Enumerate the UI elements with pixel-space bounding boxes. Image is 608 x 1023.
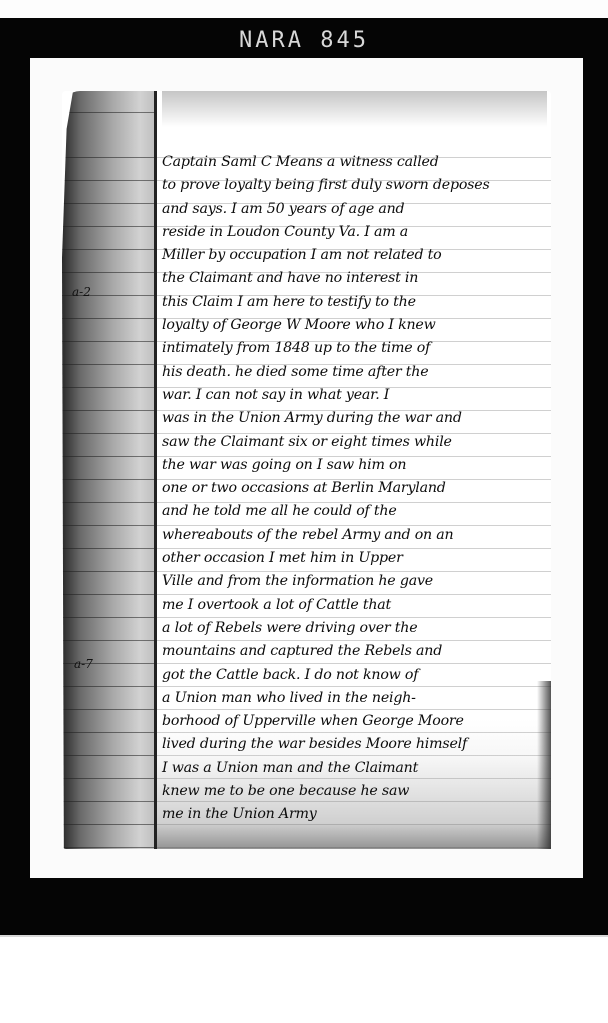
testimony-line: his death. he died some time after the: [162, 361, 548, 384]
testimony-line: I was a Union man and the Claimant: [162, 757, 548, 780]
scan-paper: a-2 a-7 Captain Saml C Means a witness c…: [30, 58, 583, 878]
testimony-line: this Claim I am here to testify to the: [162, 291, 548, 314]
ledger-margin-lines: [62, 91, 154, 849]
testimony-line: mountains and captured the Rebels and: [162, 640, 548, 663]
testimony-line: lived during the war besides Moore himse…: [162, 733, 548, 756]
testimony-line: knew me to be one because he saw: [162, 780, 548, 803]
testimony-line: was in the Union Army during the war and: [162, 407, 548, 430]
testimony-line: a Union man who lived in the neigh-: [162, 687, 548, 710]
viewer-bottom-area: [0, 935, 608, 1023]
testimony-line: loyalty of George W Moore who I knew: [162, 314, 548, 337]
microfilm-frame: NARA 845 a-2 a-7 Captain Saml C Means a …: [0, 18, 608, 935]
testimony-line: Miller by occupation I am not related to: [162, 244, 548, 267]
margin-note: a-2: [72, 285, 91, 299]
testimony-line: whereabouts of the rebel Army and on an: [162, 524, 548, 547]
document-page: a-2 a-7 Captain Saml C Means a witness c…: [62, 91, 551, 849]
testimony-line: me I overtook a lot of Cattle that: [162, 594, 548, 617]
testimony-line: a lot of Rebels were driving over the: [162, 617, 548, 640]
testimony-line: reside in Loudon County Va. I am a: [162, 221, 548, 244]
margin-note: a-7: [74, 657, 93, 671]
testimony-line: and says. I am 50 years of age and: [162, 198, 548, 221]
testimony-line: me in the Union Army: [162, 803, 548, 826]
testimony-line: war. I can not say in what year. I: [162, 384, 548, 407]
handwritten-testimony: Captain Saml C Means a witness calledto …: [162, 151, 548, 827]
testimony-line: saw the Claimant six or eight times whil…: [162, 431, 548, 454]
testimony-line: the Claimant and have no interest in: [162, 267, 548, 290]
testimony-line: got the Cattle back. I do not know of: [162, 664, 548, 687]
viewer-top-bar: [0, 0, 608, 19]
testimony-line: other occasion I met him in Upper: [162, 547, 548, 570]
testimony-line: to prove loyalty being first duly sworn …: [162, 174, 548, 197]
testimony-line: intimately from 1848 up to the time of: [162, 337, 548, 360]
testimony-line: Captain Saml C Means a witness called: [162, 151, 548, 174]
frame-label: NARA 845: [0, 26, 608, 56]
scan-noise-top: [162, 91, 547, 127]
testimony-line: borhood of Upperville when George Moore: [162, 710, 548, 733]
testimony-line: Ville and from the information he gave: [162, 570, 548, 593]
testimony-line: one or two occasions at Berlin Maryland: [162, 477, 548, 500]
testimony-line: the war was going on I saw him on: [162, 454, 548, 477]
testimony-line: and he told me all he could of the: [162, 500, 548, 523]
